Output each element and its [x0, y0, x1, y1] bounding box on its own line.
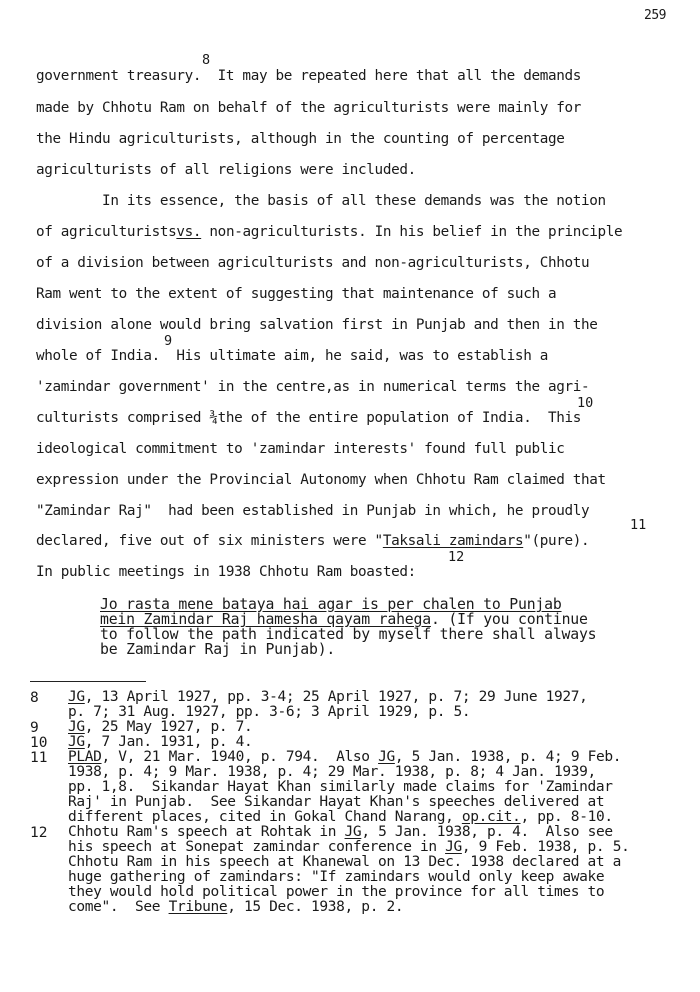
- text: , 15 Dec. 1938, p. 2.: [227, 899, 403, 915]
- emphasis-vs: vs.: [176, 224, 201, 240]
- page-number: 259: [644, 8, 666, 23]
- footnote-line: Chhotu Ram in his speech at Khanewal on …: [68, 855, 621, 870]
- quote-line: be Zamindar Raj in Punjab).: [100, 642, 335, 657]
- text: pp. 1,8. Sikandar Hayat Khan similarly m…: [68, 779, 613, 795]
- source-title: JG: [378, 749, 395, 765]
- text: come". See: [68, 899, 169, 915]
- text: huge gathering of zamindars: "If zaminda…: [68, 869, 604, 885]
- text: "(pure).: [523, 533, 589, 549]
- footnote-number: 10: [30, 735, 47, 751]
- source-title: PLAD: [68, 749, 102, 765]
- body-line: In public meetings in 1938 Chhotu Ram bo…: [36, 564, 416, 580]
- footnote-line: JG, 13 April 1927, pp. 3-4; 25 April 192…: [68, 690, 588, 705]
- body-line: whole of India. His ultimate aim, he sai…: [36, 348, 548, 364]
- body-line: "Zamindar Raj" had been established in P…: [36, 503, 589, 519]
- footnote-number: 8: [30, 690, 39, 706]
- body-line: division alone would bring salvation fir…: [36, 317, 598, 333]
- quote-line: to follow the path indicated by myself t…: [100, 627, 596, 642]
- footnote-line: huge gathering of zamindars: "If zaminda…: [68, 870, 604, 885]
- body-line: ideological commitment to 'zamindar inte…: [36, 441, 564, 457]
- footnote-line: JG, 25 May 1927, p. 7.: [68, 720, 252, 735]
- text: , pp. 8-10.: [521, 809, 613, 825]
- footnote-line: PLAD, V, 21 Mar. 1940, p. 794. Also JG, …: [68, 750, 621, 765]
- body-line: declared, five out of six ministers were…: [36, 533, 589, 549]
- text: Raj' in Punjab. See Sikandar Hayat Khan'…: [68, 794, 604, 810]
- source-title: Tribune: [169, 899, 228, 915]
- text: , 7 Jan. 1931, p. 4.: [85, 734, 253, 750]
- body-line: government treasury. It may be repeated …: [36, 68, 581, 84]
- body-line: 'zamindar government' in the centre,as i…: [36, 379, 589, 395]
- quote-line: mein Zamindar Raj hamesha qayam rahega. …: [100, 612, 588, 627]
- text: , V, 21 Mar. 1940, p. 794. Also: [102, 749, 379, 765]
- footnote-line: they would hold political power in the p…: [68, 885, 604, 900]
- footnote-number: 9: [30, 720, 39, 736]
- text: non-agriculturists. In his belief in the…: [201, 224, 622, 240]
- text: they would hold political power in the p…: [68, 884, 604, 900]
- body-line: made by Chhotu Ram on behalf of the agri…: [36, 100, 581, 116]
- footnote-separator: [30, 681, 146, 682]
- body-line: Ram went to the extent of suggesting tha…: [36, 286, 556, 302]
- footnote-line: Chhotu Ram's speech at Rohtak in JG, 5 J…: [68, 825, 613, 840]
- text: , 9 Feb. 1938, p. 5.: [462, 839, 630, 855]
- source-title: JG: [68, 719, 85, 735]
- text: p. 7; 31 Aug. 1927, pp. 3-6; 3 April 192…: [68, 704, 470, 720]
- source-title: JG: [345, 824, 362, 840]
- footnote-ref-8: 8: [202, 52, 210, 68]
- text: , 25 May 1927, p. 7.: [85, 719, 253, 735]
- footnote-number: 12: [30, 825, 47, 841]
- footnote-ref-9: 9: [164, 333, 172, 349]
- text: declared, five out of six ministers were…: [36, 533, 383, 549]
- text: , 5 Jan. 1938, p. 4. Also see: [361, 824, 612, 840]
- emphasis-taksali-zamindars: Taksali zamindars: [383, 533, 523, 549]
- text: Chhotu Ram in his speech at Khanewal on …: [68, 854, 621, 870]
- body-line: of a division between agriculturists and…: [36, 255, 589, 271]
- footnote-line: p. 7; 31 Aug. 1927, pp. 3-6; 3 April 192…: [68, 705, 470, 720]
- text: Chhotu Ram's speech at Rohtak in: [68, 824, 345, 840]
- text: his speech at Sonepat zamindar conferenc…: [68, 839, 445, 855]
- footnote-ref-11: 11: [630, 517, 646, 533]
- text: different places, cited in Gokal Chand N…: [68, 809, 462, 825]
- footnote-line: 1938, p. 4; 9 Mar. 1938, p. 4; 29 Mar. 1…: [68, 765, 596, 780]
- body-line: expression under the Provincial Autonomy…: [36, 472, 606, 488]
- footnote-line: Raj' in Punjab. See Sikandar Hayat Khan'…: [68, 795, 604, 810]
- text: , 5 Jan. 1938, p. 4; 9 Feb.: [395, 749, 621, 765]
- source-title: JG: [445, 839, 462, 855]
- source-title: JG: [68, 734, 85, 750]
- body-line: of agriculturistsvs. non-agriculturists.…: [36, 224, 622, 240]
- footnote-line: pp. 1,8. Sikandar Hayat Khan similarly m…: [68, 780, 613, 795]
- body-line: the Hindu agriculturists, although in th…: [36, 131, 564, 147]
- quote-line: Jo rasta mene bataya hai agar is per cha…: [100, 597, 562, 612]
- source-title: JG: [68, 689, 85, 705]
- footnote-line: come". See Tribune, 15 Dec. 1938, p. 2.: [68, 900, 403, 915]
- footnote-ref-10: 10: [577, 395, 593, 411]
- text: 1938, p. 4; 9 Mar. 1938, p. 4; 29 Mar. 1…: [68, 764, 596, 780]
- footnote-number: 11: [30, 750, 47, 766]
- footnote-line: his speech at Sonepat zamindar conferenc…: [68, 840, 629, 855]
- source-title: op.cit.: [462, 809, 521, 825]
- body-line: culturists comprised ¾the of the entire …: [36, 410, 581, 426]
- footnote-line: JG, 7 Jan. 1931, p. 4.: [68, 735, 252, 750]
- body-line: agriculturists of all religions were inc…: [36, 162, 416, 178]
- quote-text: be Zamindar Raj in Punjab).: [100, 641, 335, 658]
- footnote-ref-12: 12: [448, 549, 464, 565]
- footnote-line: different places, cited in Gokal Chand N…: [68, 810, 613, 825]
- text: , 13 April 1927, pp. 3-4; 25 April 1927,…: [85, 689, 588, 705]
- body-line: In its essence, the basis of all these d…: [36, 193, 606, 209]
- text: of agriculturists: [36, 224, 176, 240]
